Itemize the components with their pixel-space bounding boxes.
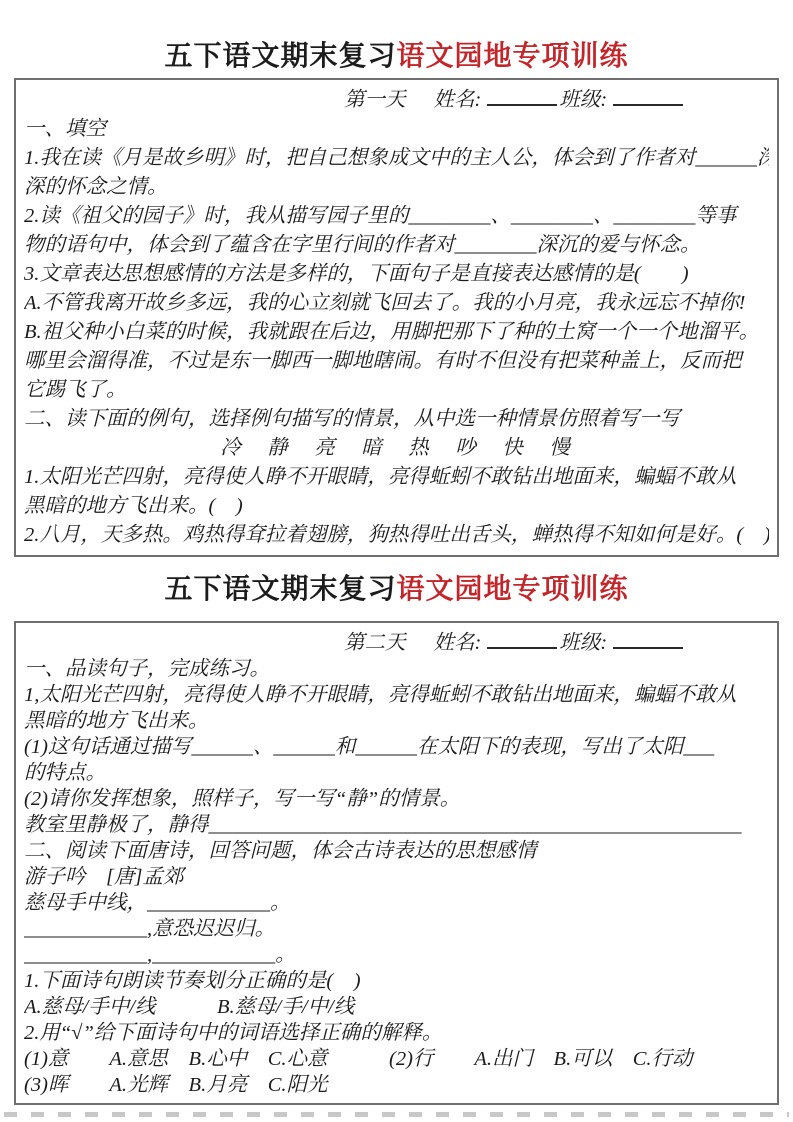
text-line: 黑暗的地方飞出来。 (24, 708, 769, 734)
text-line: 2.八月，天多热。鸡热得耷拉着翅膀，狗热得吐出舌头，蝉热得不知如何是好。( ) (24, 521, 769, 550)
day1-label: 第一天 (344, 89, 406, 111)
text-line: (2)请你发挥想象，照样子，写一写“静”的情景。 (24, 786, 769, 812)
text-line: 哪里会溜得准，不过是东一脚西一脚地瞎闹。有时不但没有把菜种盖上，反而把 (24, 347, 769, 376)
text-line: 深的怀念之情。 (24, 173, 769, 202)
text-line: ____________,____________。 (24, 942, 769, 968)
text-line: 1.太阳光芒四射，亮得使人睁不开眼睛，亮得蚯蚓不敢钻出地面来，蝙蝠不敢从 (24, 463, 769, 492)
clipped-next-line (4, 1112, 789, 1117)
text-line: 二、读下面的例句，选择例句描写的情景，从中选一种情景仿照着写一写 (24, 405, 769, 434)
page-title-day1: 五下语文期末复习语文园地专项训练 (0, 40, 793, 74)
text-line: 慈母手中线，____________。 (24, 890, 769, 916)
text-line: 一、品读句子，完成练习。 (24, 656, 769, 682)
day1-header: 第一天姓名:班级: (24, 84, 769, 115)
day1-name-label: 姓名: (434, 89, 482, 111)
day1-class-blank (613, 84, 683, 106)
title-red-text: 语文园地专项训练 (397, 41, 629, 72)
title-black-text: 五下语文期末复习 (164, 574, 396, 605)
text-line: (3)晖 A.光辉 B.月亮 C.阳光 (24, 1072, 769, 1098)
day1-name-blank (487, 84, 557, 106)
day2-label: 第二天 (344, 632, 406, 654)
text-line: 物的语句中，体会到了蕴含在字里行间的作者对________深沉的爱与怀念。 (24, 231, 769, 260)
text-line: 冷 静 亮 暗 热 吵 快 慢 (24, 434, 769, 463)
day2-worksheet-box: 第二天姓名:班级: 一、品读句子，完成练习。1,太阳光芒四射，亮得使人睁不开眼睛… (14, 621, 779, 1105)
text-line: 的特点。 (24, 760, 769, 786)
text-line: (1)这句话通过描写______、______和______在太阳下的表现，写出… (24, 734, 769, 760)
text-line: 游子吟 [唐]孟郊 (24, 864, 769, 890)
day2-class-blank (613, 627, 683, 649)
text-line: 一、填空 (24, 115, 769, 144)
text-line: A.不管我离开故乡多远，我的心立刻就飞回去了。我的小月亮，我永远忘不掉你! (24, 289, 769, 318)
text-line: ____________,意恐迟迟归。 (24, 916, 769, 942)
day2-header: 第二天姓名:班级: (24, 627, 769, 656)
text-line: 3.文章表达思想感情的方法是多样的，下面句子是直接表达感情的是( ) (24, 260, 769, 289)
day2-class-label: 班级: (559, 632, 607, 654)
day1-worksheet-box: 第一天姓名:班级: 一、填空1.我在读《月是故乡明》时，把自己想象成文中的主人公… (14, 78, 779, 557)
text-line: 1.我在读《月是故乡明》时，把自己想象成文中的主人公，体会到了作者对______… (24, 144, 769, 173)
text-line: 1,太阳光芒四射，亮得使人睁不开眼睛，亮得蚯蚓不敢钻出地面来，蝙蝠不敢从 (24, 682, 769, 708)
title-black-text: 五下语文期末复习 (164, 41, 396, 72)
text-line: 它踢飞了。 (24, 376, 769, 405)
day2-body: 一、品读句子，完成练习。1,太阳光芒四射，亮得使人睁不开眼睛，亮得蚯蚓不敢钻出地… (24, 656, 769, 1098)
title-red-text: 语文园地专项训练 (397, 574, 629, 605)
text-line: (1)意 A.意思 B.心中 C.心意 (2)行 A.出门 B.可以 C.行动 (24, 1046, 769, 1072)
text-line: A.慈母/手中/线 B.慈母/手/中/线 (24, 994, 769, 1020)
page-title-day2: 五下语文期末复习语文园地专项训练 (0, 573, 793, 607)
text-line: B.祖父种小白菜的时候，我就跟在后边，用脚把那下了种的土窝一个一个地溜平。 (24, 318, 769, 347)
day1-body: 一、填空1.我在读《月是故乡明》时，把自己想象成文中的主人公，体会到了作者对__… (24, 115, 769, 550)
day2-name-blank (487, 627, 557, 649)
day2-name-label: 姓名: (434, 632, 482, 654)
text-line: 2.用“√”给下面诗句中的词语选择正确的解释。 (24, 1020, 769, 1046)
worksheet-page: 五下语文期末复习语文园地专项训练 第一天姓名:班级: 一、填空1.我在读《月是故… (0, 40, 793, 1117)
text-line: 1.下面诗句朗读节奏划分正确的是( ) (24, 968, 769, 994)
text-line: 教室里静极了，静得_______________________________… (24, 812, 769, 838)
text-line: 二、阅读下面唐诗，回答问题，体会古诗表达的思想感情 (24, 838, 769, 864)
day1-class-label: 班级: (559, 89, 607, 111)
text-line: 2.读《祖父的园子》时，我从描写园子里的________、________、__… (24, 202, 769, 231)
text-line: 黑暗的地方飞出来。( ) (24, 492, 769, 521)
